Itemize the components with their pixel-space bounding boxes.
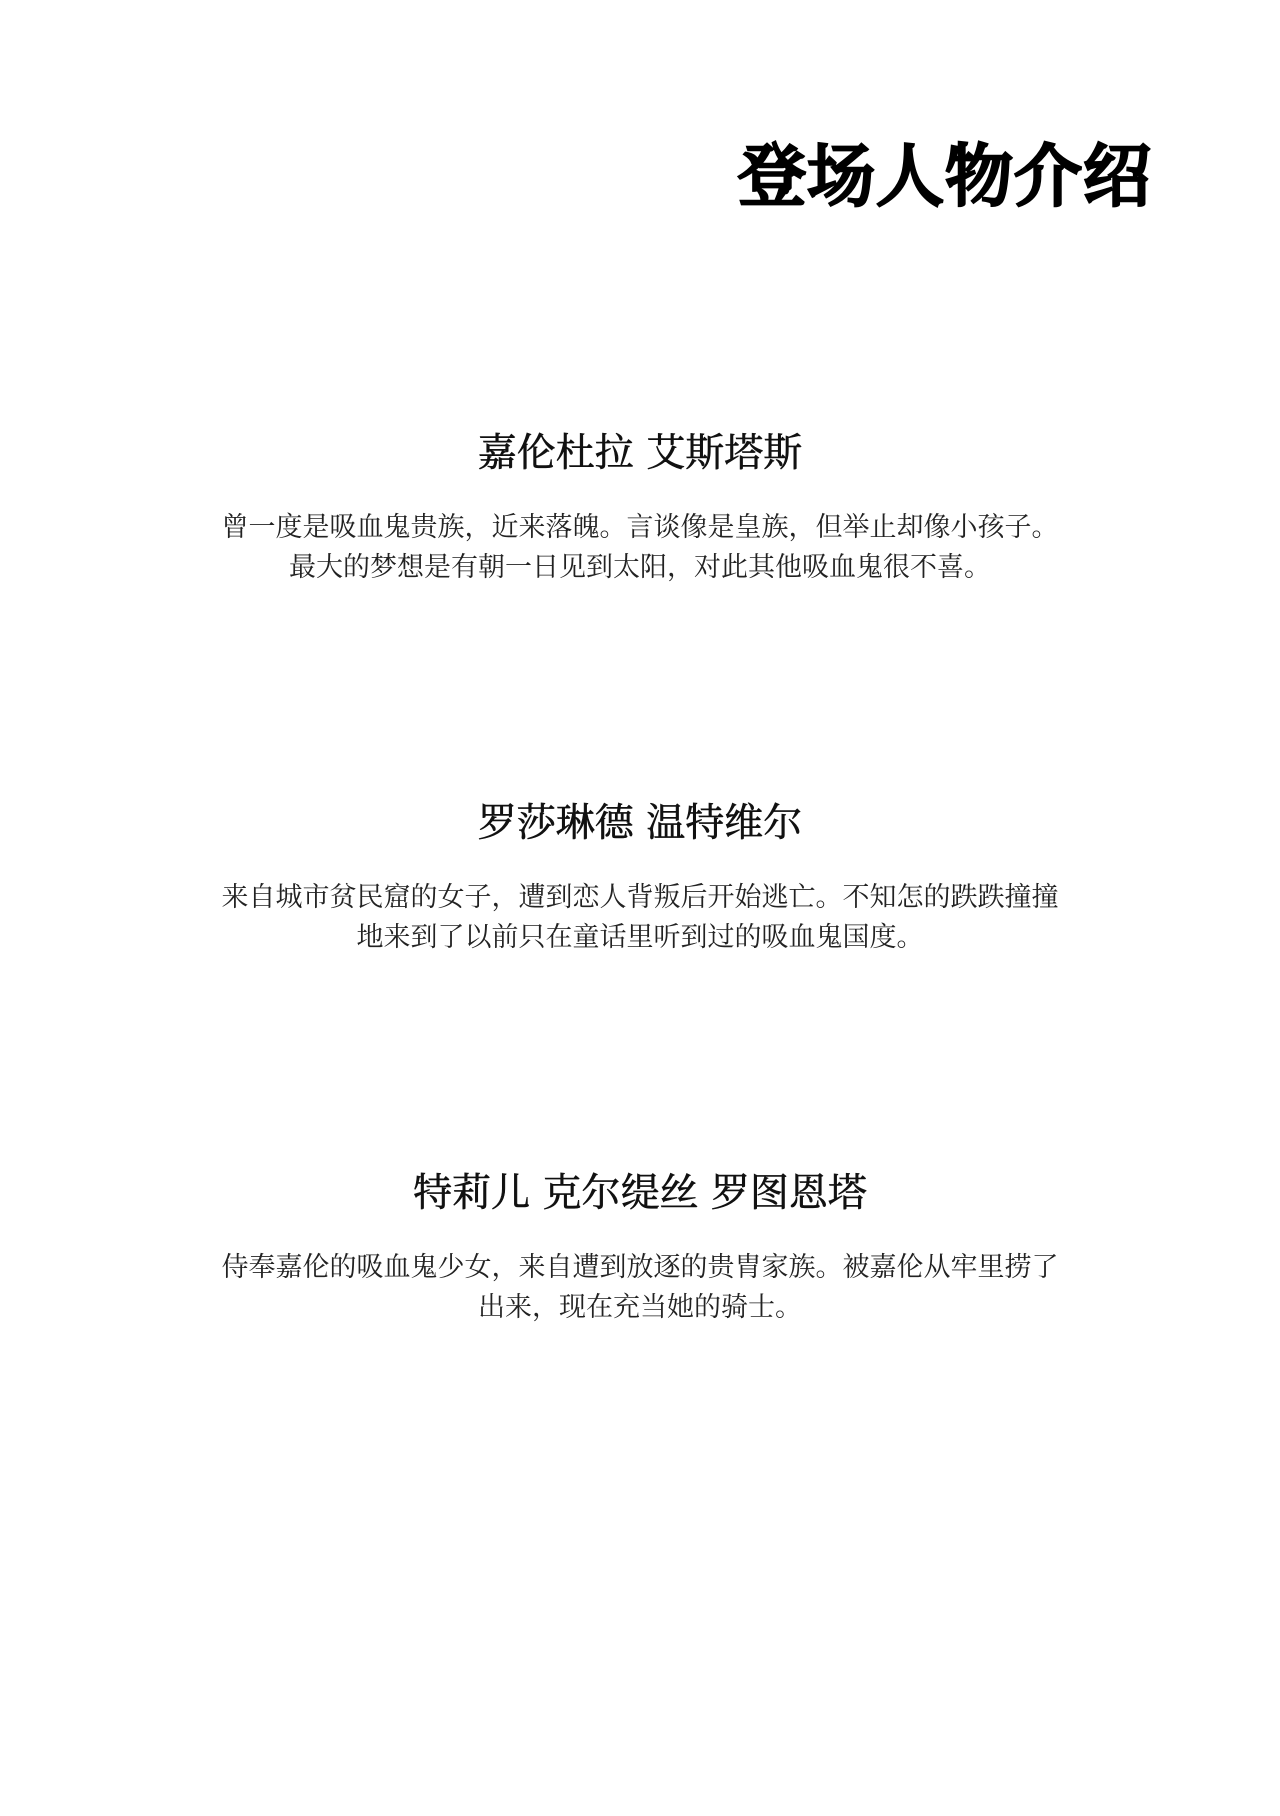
description-line: 来自城市贫民窟的女子，遭到恋人背叛后开始逃亡。不知怎的跌跌撞撞 xyxy=(0,878,1280,918)
character-name: 特莉儿 克尔缇丝 罗图恩塔 xyxy=(0,1168,1280,1220)
character-name: 嘉伦杜拉 艾斯塔斯 xyxy=(0,428,1280,480)
character-description: 曾一度是吸血鬼贵族，近来落魄。言谈像是皇族，但举止却像小孩子。 最大的梦想是有朝… xyxy=(0,508,1280,588)
character-description: 来自城市贫民窟的女子，遭到恋人背叛后开始逃亡。不知怎的跌跌撞撞 地来到了以前只在… xyxy=(0,878,1280,958)
character-entry-teryl: 特莉儿 克尔缇丝 罗图恩塔 侍奉嘉伦的吸血鬼少女，来自遭到放逐的贵胄家族。被嘉伦… xyxy=(0,1168,1280,1328)
description-line: 地来到了以前只在童话里听到过的吸血鬼国度。 xyxy=(0,918,1280,958)
character-entry-rosalind: 罗莎琳德 温特维尔 来自城市贫民窟的女子，遭到恋人背叛后开始逃亡。不知怎的跌跌撞… xyxy=(0,798,1280,958)
description-line: 最大的梦想是有朝一日见到太阳，对此其他吸血鬼很不喜。 xyxy=(0,548,1280,588)
description-line: 侍奉嘉伦的吸血鬼少女，来自遭到放逐的贵胄家族。被嘉伦从牢里捞了 xyxy=(0,1248,1280,1288)
character-name: 罗莎琳德 温特维尔 xyxy=(0,798,1280,850)
page-title: 登场人物介绍 xyxy=(738,136,1152,220)
character-description: 侍奉嘉伦的吸血鬼少女，来自遭到放逐的贵胄家族。被嘉伦从牢里捞了 出来，现在充当她… xyxy=(0,1248,1280,1328)
description-line: 曾一度是吸血鬼贵族，近来落魄。言谈像是皇族，但举止却像小孩子。 xyxy=(0,508,1280,548)
description-line: 出来，现在充当她的骑士。 xyxy=(0,1288,1280,1328)
character-entry-galendra: 嘉伦杜拉 艾斯塔斯 曾一度是吸血鬼贵族，近来落魄。言谈像是皇族，但举止却像小孩子… xyxy=(0,428,1280,588)
